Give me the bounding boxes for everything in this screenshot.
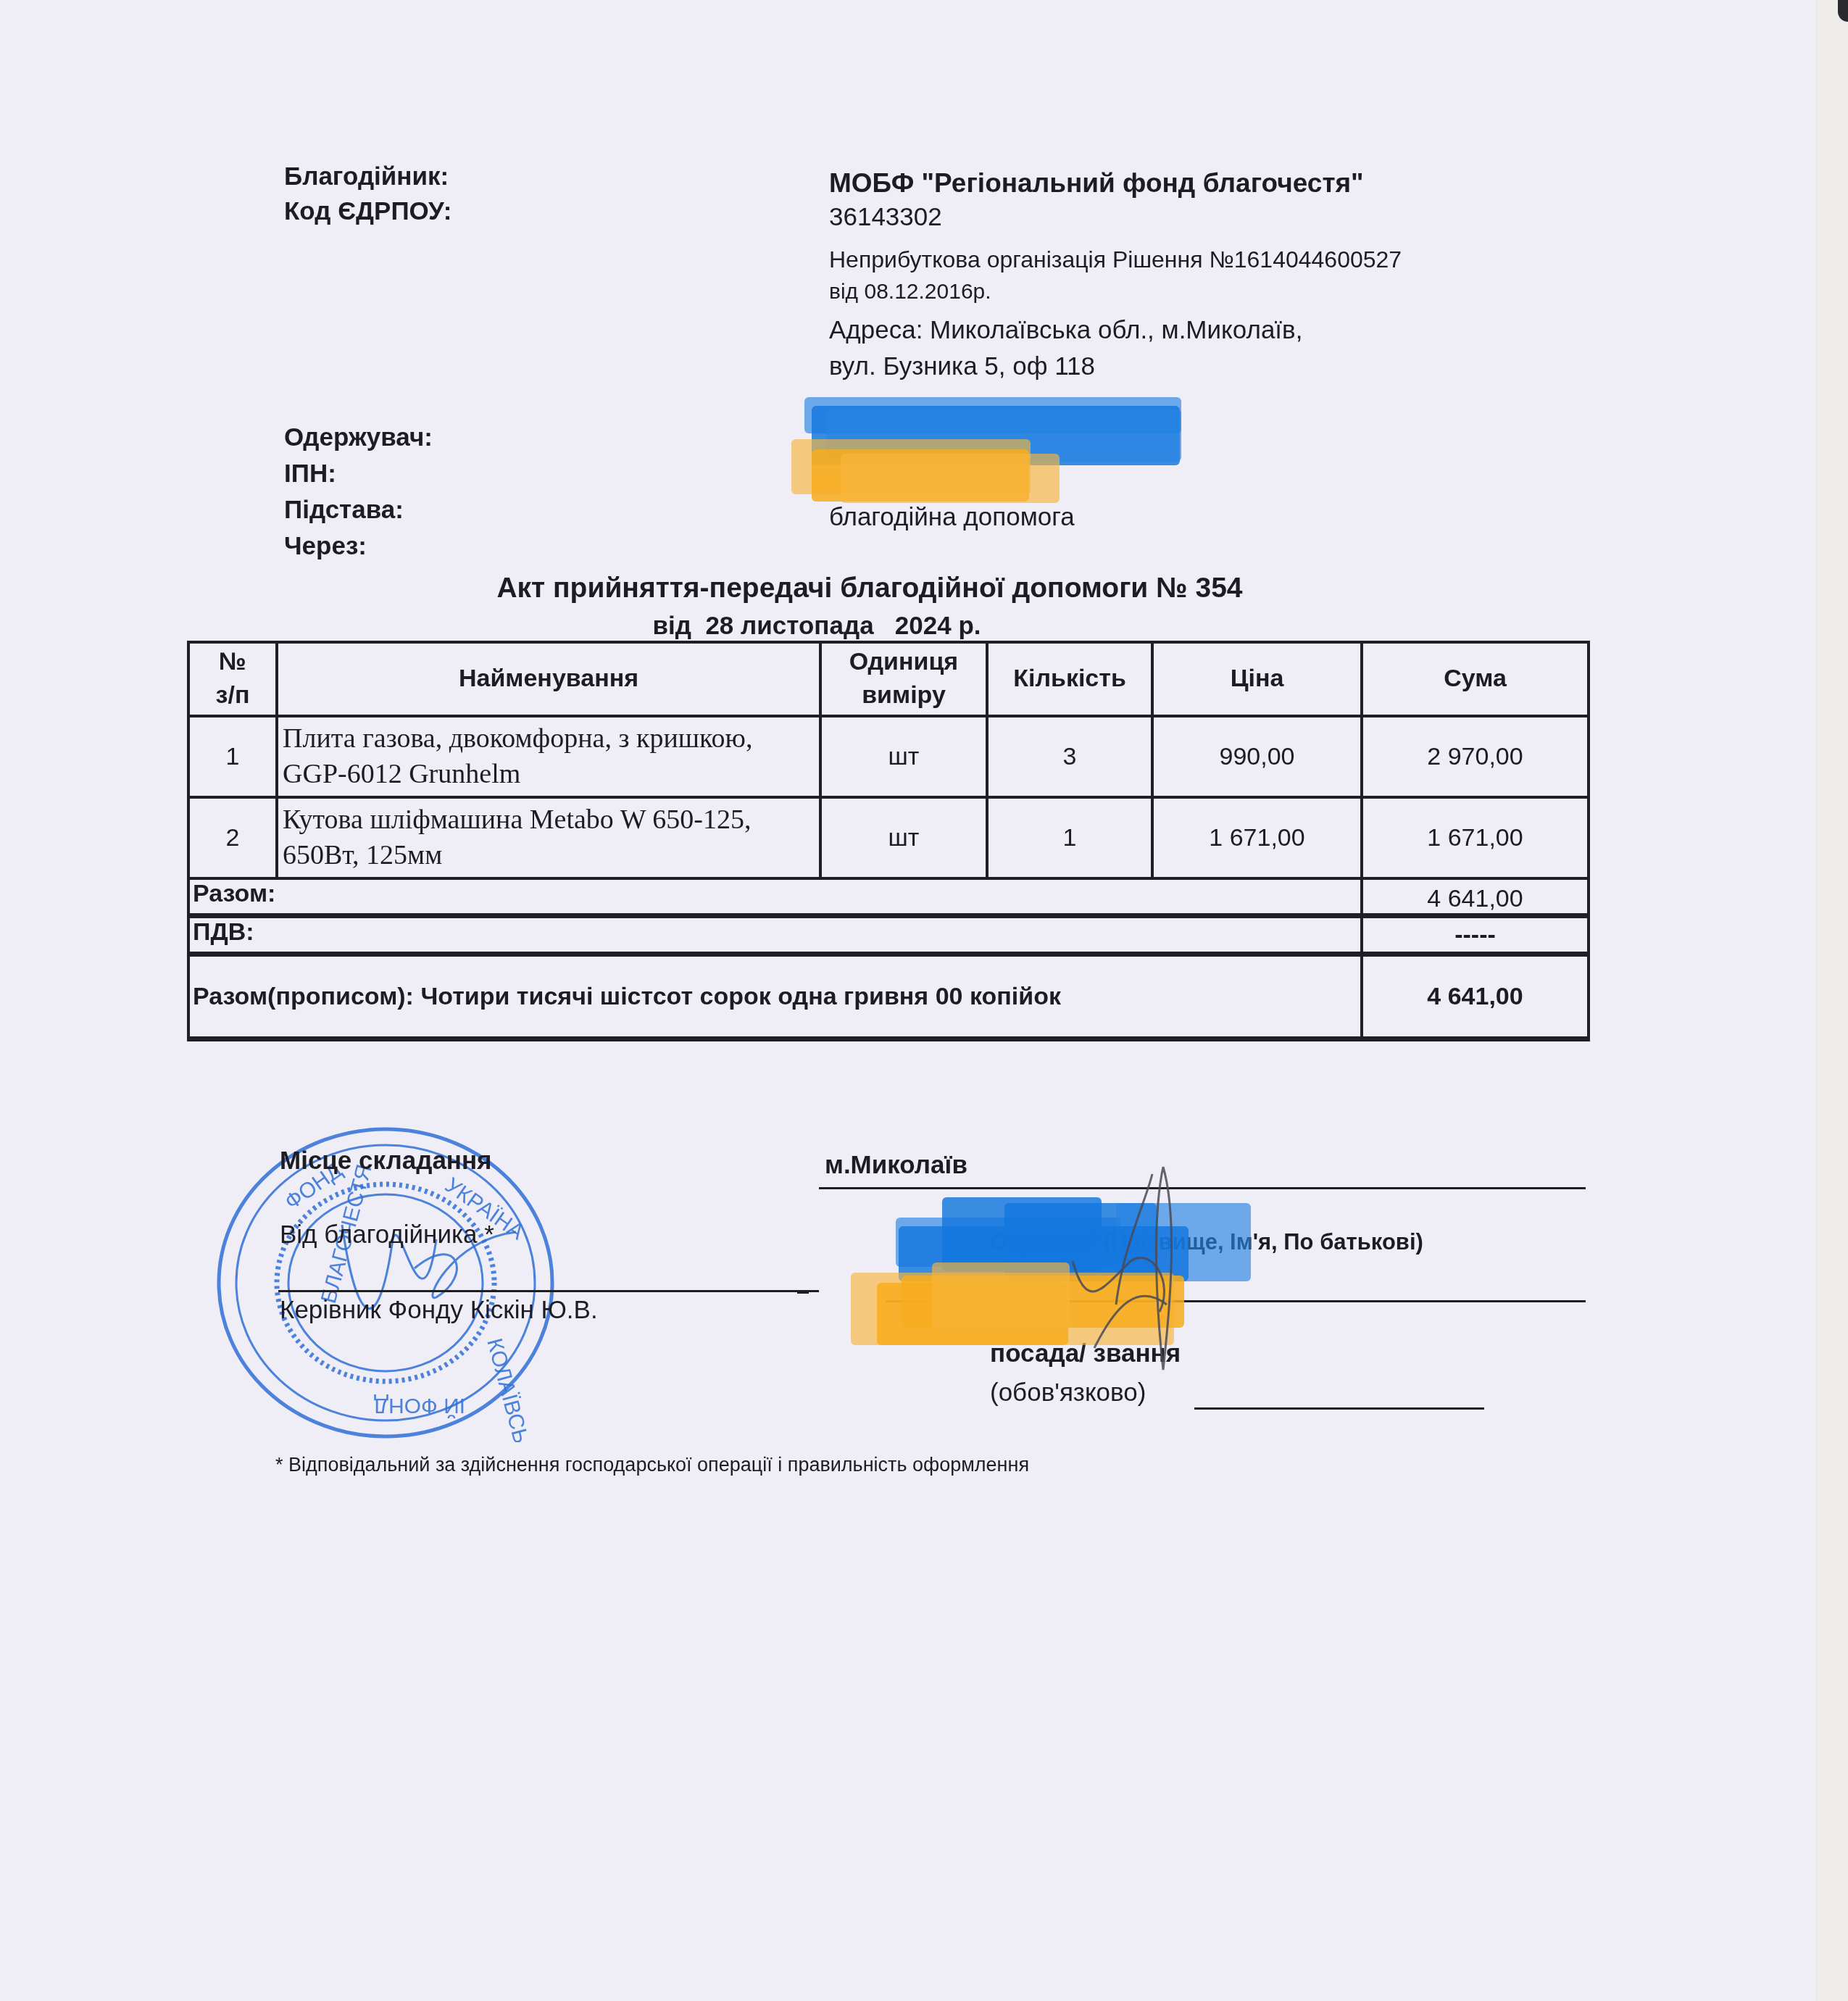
total-in-words: Разом(прописом): Чотири тисячі шістсот с…: [188, 954, 1362, 1039]
via-label: Через:: [284, 532, 367, 561]
row-no: 1: [188, 716, 277, 797]
col-header-price: Ціна: [1152, 642, 1362, 716]
items-table: №з/п Найменування Одиницявиміру Кількіст…: [187, 641, 1590, 1041]
total-in-words-value: 4 641,00: [1362, 954, 1589, 1039]
row-price: 990,00: [1152, 716, 1362, 797]
total-words-row: Разом(прописом): Чотири тисячі шістсот с…: [188, 954, 1589, 1039]
row-qty: 1: [987, 797, 1152, 878]
vat-value: -----: [1362, 916, 1589, 954]
col-header-sum: Сума: [1362, 642, 1589, 716]
nonprofit-date: від 08.12.2016р.: [829, 280, 991, 304]
row-price: 1 671,00: [1152, 797, 1362, 878]
row-sum: 2 970,00: [1362, 716, 1589, 797]
donor-label: Благодійник:: [284, 162, 449, 191]
scan-edge: [1816, 0, 1848, 2001]
place-label: Місце складання: [280, 1147, 492, 1176]
footnote: * Відповідальний за здійснення господарс…: [275, 1454, 1029, 1476]
ipn-label: ІПН:: [284, 459, 336, 488]
address-line2: вул. Бузника 5, оф 118: [829, 352, 1095, 381]
redaction-ipn: [841, 454, 1060, 503]
received-line-stub: [797, 1291, 809, 1294]
table-row: 2 Кутова шліфмашина Metabo W 650-125, 65…: [188, 797, 1589, 878]
head-of-fund: Керівник Фонду Кіскін Ю.В.: [280, 1296, 598, 1325]
row-unit: шт: [820, 716, 987, 797]
vat-row: ПДВ: -----: [188, 916, 1589, 954]
vat-label: ПДВ:: [188, 916, 1362, 954]
row-qty: 3: [987, 716, 1152, 797]
total-label: Разом:: [188, 878, 1362, 916]
total-row: Разом: 4 641,00: [188, 878, 1589, 916]
row-name: Плита газова, двокомфорна, з кришкою, GG…: [277, 716, 820, 797]
row-sum: 1 671,00: [1362, 797, 1589, 878]
basis-label: Підстава:: [284, 496, 404, 525]
col-header-qty: Кількість: [987, 642, 1152, 716]
row-name: Кутова шліфмашина Metabo W 650-125, 650В…: [277, 797, 820, 878]
from-donor-label: Від благодійника *: [280, 1220, 494, 1249]
col-header-no: №з/п: [188, 642, 277, 716]
col-header-unit: Одиницявиміру: [820, 642, 987, 716]
col-header-name: Найменування: [277, 642, 820, 716]
svg-text:ІЙ ФОНД: ІЙ ФОНД: [374, 1394, 465, 1418]
donor-value: МОБФ "Регіональний фонд благочестя": [829, 168, 1364, 199]
edrpou-value: 36143302: [829, 203, 942, 232]
row-unit: шт: [820, 797, 987, 878]
basis-value: благодійна допомога: [829, 503, 1075, 532]
act-date: від 28 листопада 2024 р.: [0, 612, 1633, 641]
recipient-label: Одержувач:: [284, 423, 433, 452]
edrpou-label: Код ЄДРПОУ:: [284, 197, 451, 226]
address-line1: Адреса: Миколаївська обл., м.Миколаїв,: [829, 316, 1302, 345]
place-value: м.Миколаїв: [825, 1151, 967, 1180]
donor-signature-line: [278, 1290, 819, 1292]
table-row: 1 Плита газова, двокомфорна, з кришкою, …: [188, 716, 1589, 797]
mandatory-label: (обов'язково): [990, 1378, 1146, 1407]
recipient-signature-icon: [986, 1160, 1290, 1377]
position-underline: [1194, 1407, 1484, 1410]
act-title: Акт прийняття-передачі благодійної допом…: [0, 573, 1739, 604]
row-no: 2: [188, 797, 277, 878]
table-header-row: №з/п Найменування Одиницявиміру Кількіст…: [188, 642, 1589, 716]
total-value: 4 641,00: [1362, 878, 1589, 916]
nonprofit-decision: Неприбуткова організація Рішення №161404…: [829, 246, 1402, 273]
